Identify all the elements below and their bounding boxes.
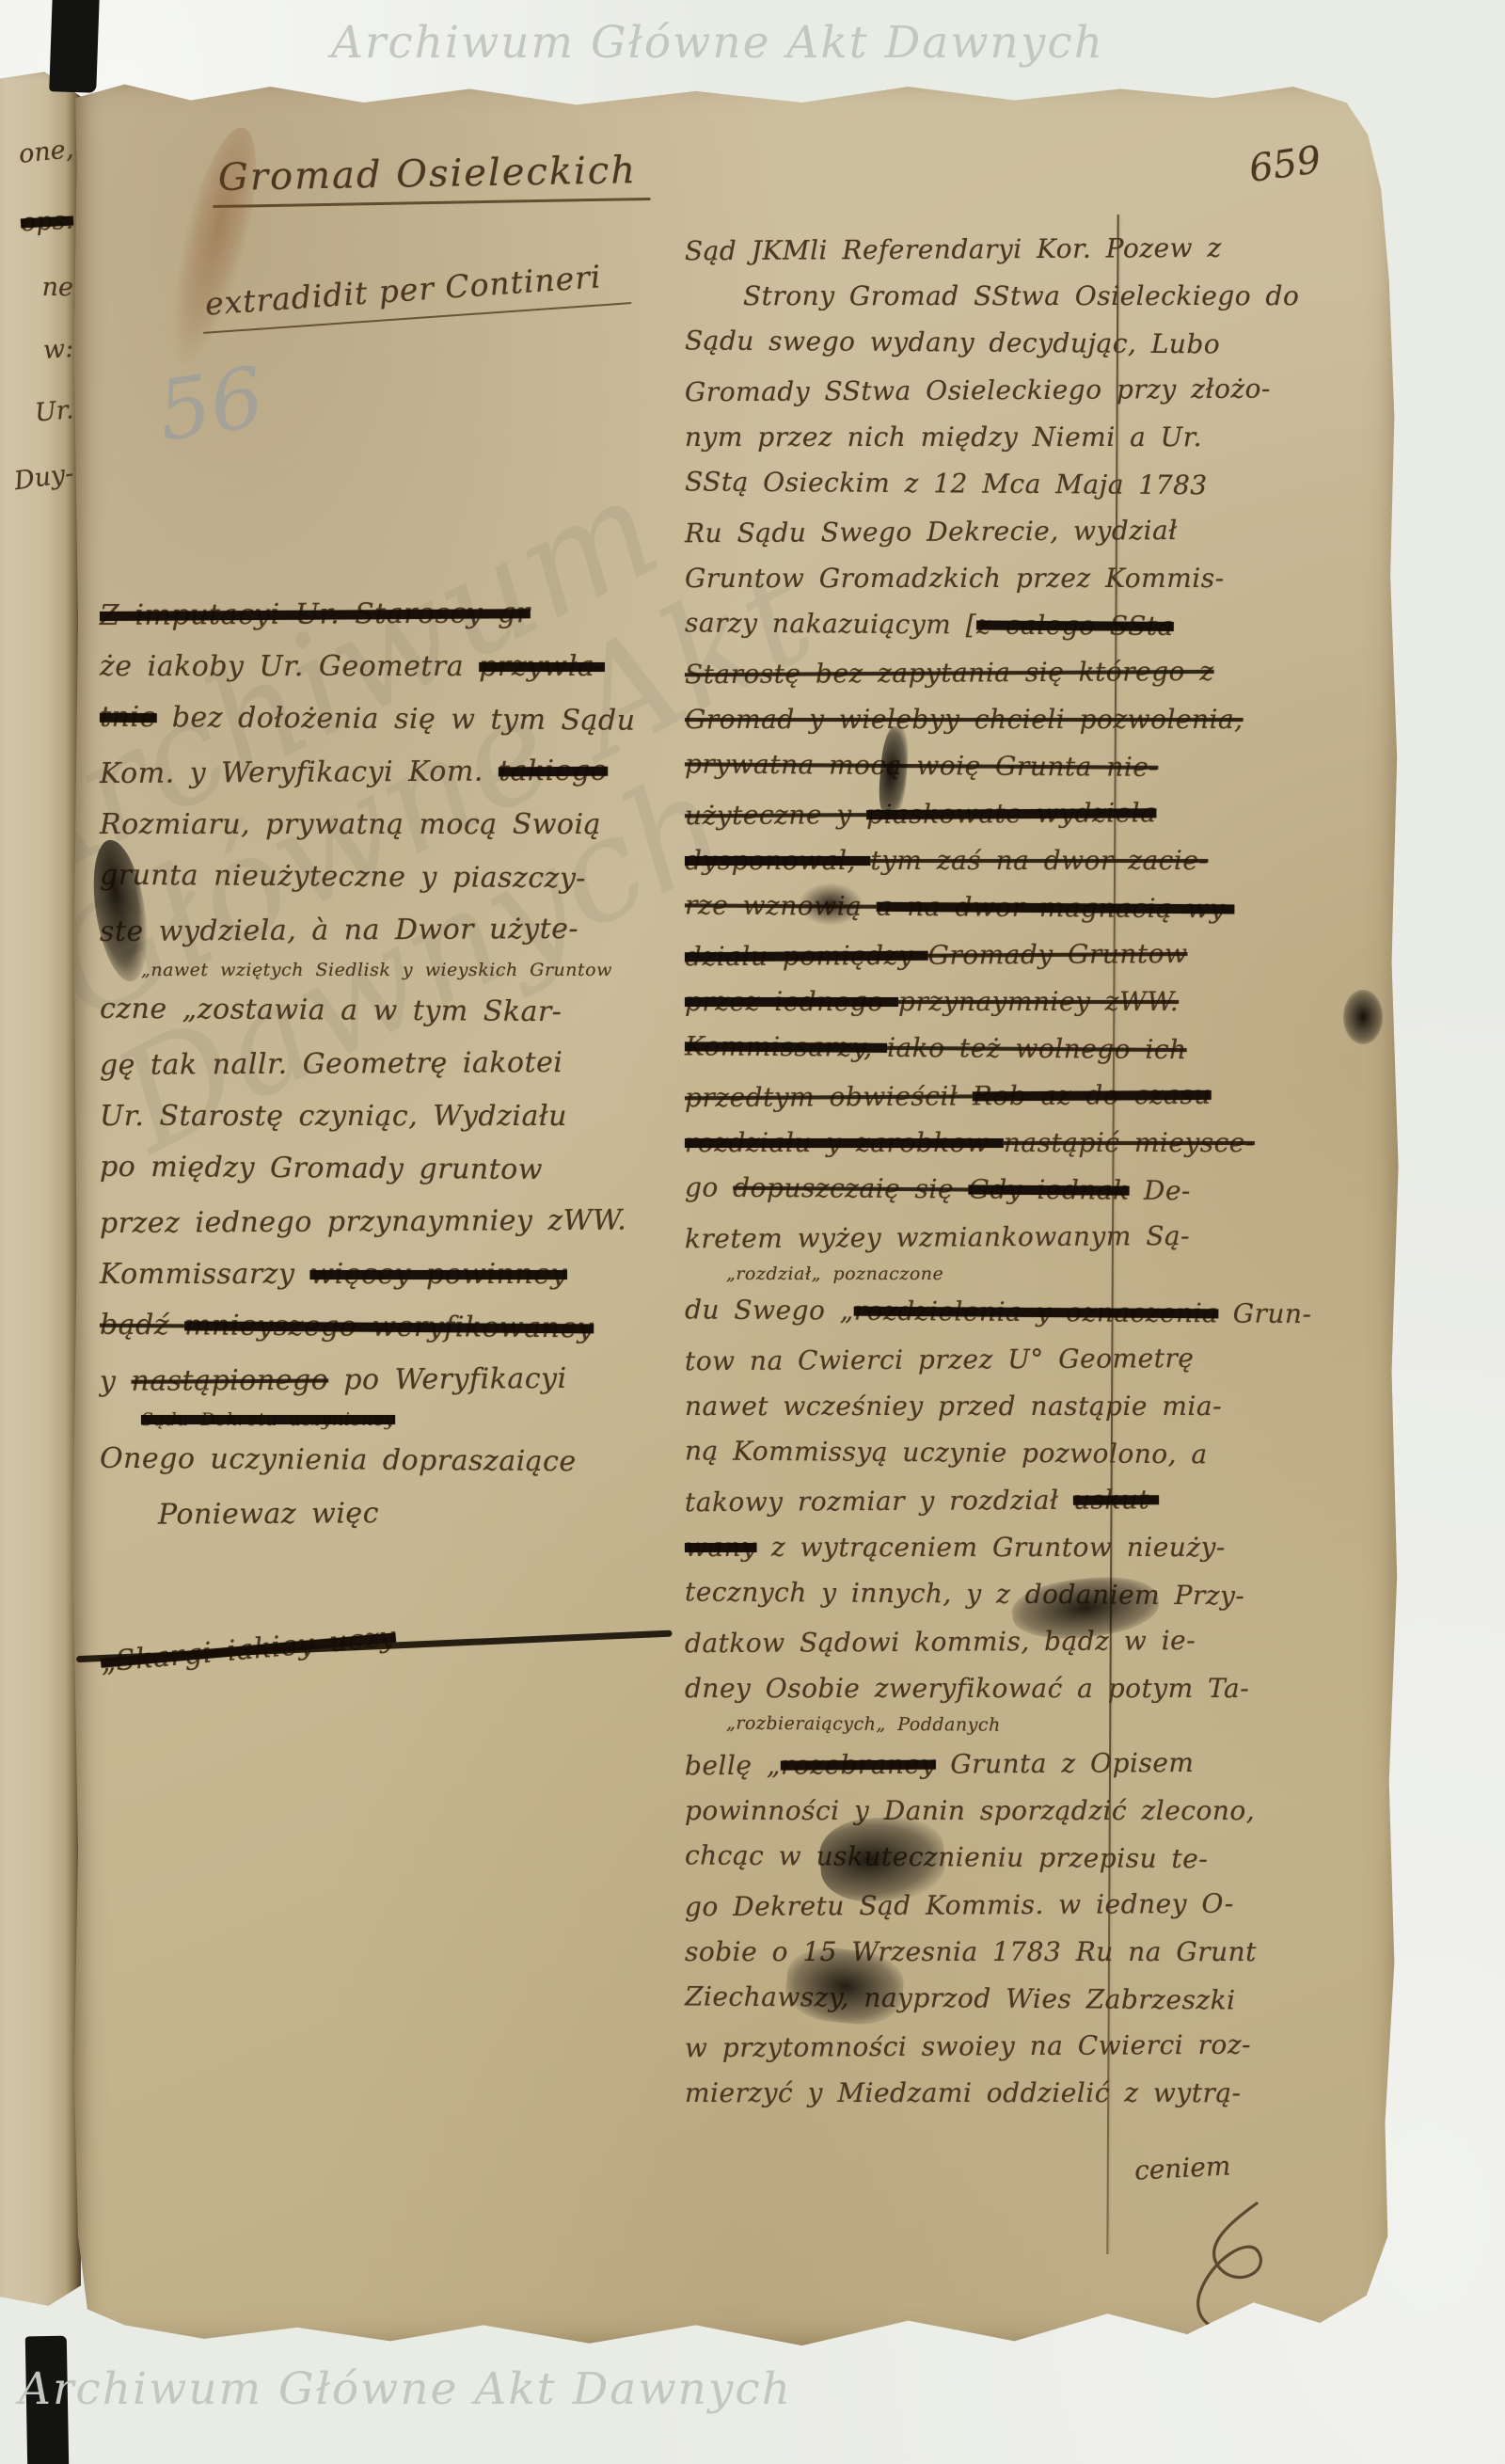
manuscript-line: Z imputacyi Ur. Staroscy gr	[100, 586, 721, 643]
text-segment: dysponował,	[685, 845, 870, 876]
manuscript-line: Gromady SStwa Osieleckiego przy złożo-	[685, 365, 1390, 417]
manuscript-line: powinności y Danin sporządzić zlecono,	[685, 1788, 1390, 1835]
manuscript-line: mierzyć y Miedzami oddzielić z wytrą-	[685, 2070, 1390, 2117]
manuscript-line: „rozbieraiących„ Poddanych	[685, 1709, 1390, 1742]
text-segment: SStą Osieckim z 12 Mca Maja 1783	[685, 466, 1208, 501]
margin-fragment: ops.	[20, 206, 74, 238]
binding-tape-bottom	[25, 2336, 69, 2464]
text-segment: „rozbieraiących„ Poddanych	[726, 1713, 1001, 1736]
manuscript-line: gę tak nallr. Geometrę iakotei	[100, 1036, 721, 1092]
text-segment: grunta nieużyteczne y piaszczy-	[100, 859, 586, 896]
text-segment: przedtym obwieścił	[685, 1080, 973, 1113]
text-segment: „nawet wziętych Siedlisk y wieyskich Gru…	[141, 960, 612, 980]
text-segment: Ziechawszy, nayprzod Wies Zabrzeszki	[685, 1980, 1236, 2015]
text-segment: Starostę bez zapytania się którego z	[685, 656, 1214, 690]
text-segment: Rob az do czasu	[973, 1079, 1212, 1112]
text-segment: Sąd JKMli Referendaryi Kor. Pozew z	[685, 232, 1222, 266]
text-segment: Grun-	[1218, 1297, 1311, 1329]
page-subtitle: extradidit per Contineri	[200, 256, 632, 334]
text-segment: du Swego „	[685, 1294, 854, 1326]
text-segment: ops.	[20, 206, 74, 238]
manuscript-line: bellę „rozebraney Grunta z Opisem	[685, 1739, 1390, 1790]
text-segment: tecznych y innych, y z dodaniem Przy-	[685, 1576, 1245, 1611]
manuscript-line: przez iednego przynaymniey zWW.	[685, 978, 1390, 1025]
manuscript-line: tow na Cwierci przez U° Geometrę	[685, 1334, 1390, 1386]
text-segment: chcąc w uskutecznieniu przepisu te-	[685, 1839, 1208, 1874]
manuscript-line: „nawet wziętych Siedlisk y wieyskich Gru…	[100, 957, 721, 985]
manuscript-line: Kommissarzy, iako też wolnego ich	[685, 1023, 1390, 1074]
manuscript-line: dysponował, tym zaś na dwor zacie-	[685, 837, 1390, 884]
manuscript-line: sobie o 15 Wrzesnia 1783 Ru na Grunt	[685, 1929, 1390, 1976]
manuscript-line: y nastąpionego po Weryfikacyi	[100, 1352, 721, 1408]
text-segment: Kommissarzy,	[685, 1030, 887, 1063]
manuscript-line: SStą Osieckim z 12 Mca Maja 1783	[685, 458, 1390, 510]
text-segment: mierzyć y Miedzami oddzielić z wytrą-	[685, 2077, 1242, 2108]
manuscript-line: Ur. Starostę czyniąc, Wydziału	[100, 1090, 721, 1143]
text-segment: Sądu swego wydany decydując, Lubo	[685, 325, 1220, 359]
manuscript-line: prywatna mocą woię Grunta nie-	[685, 740, 1390, 792]
text-segment: De-	[1129, 1175, 1191, 1206]
text-segment: Grunta z Opisem	[936, 1747, 1195, 1780]
manuscript-line: Ziechawszy, nayprzod Wies Zabrzeszki	[685, 1973, 1390, 2025]
manuscript-line: Rozmiaru, prywatną mocą Swoią	[100, 799, 721, 851]
catchword: ceniem	[1133, 2150, 1231, 2186]
text-segment: przywła-	[479, 650, 605, 683]
manuscript-line: Kommissarzy więcey powinney	[100, 1248, 721, 1301]
binding-tape-top	[49, 0, 100, 93]
text-segment: Ur.	[33, 395, 74, 427]
text-segment: ste wydziela, à na Dwor użyte-	[100, 913, 578, 948]
text-segment: powinności y Danin sporządzić zlecono,	[685, 1795, 1255, 1826]
text-segment: Gromady SStwa Osieleckiego przy złożo-	[685, 373, 1271, 407]
text-segment: mnieyszego weryfikowaney	[184, 1309, 594, 1344]
manuscript-line: przedtym obwieścił Rob az do czasu	[685, 1071, 1390, 1122]
text-segment: użyteczne y	[685, 799, 866, 831]
text-segment: nastąpić mieysce-	[1004, 1127, 1255, 1158]
manuscript-line: tecznych y innych, y z dodaniem Przy-	[685, 1568, 1390, 1620]
manuscript-line: rozdziału y zarobkow nastąpić mieysce-	[685, 1120, 1390, 1167]
page-heading: Gromad Osieleckich	[213, 149, 651, 208]
text-segment: przez iednego przynaymniey zWW.	[100, 1204, 626, 1240]
text-segment: kretem wyżey wzmiankowanym Są-	[685, 1220, 1190, 1254]
manuscript-line: datkow Sądowi kommis, bądz w ie-	[685, 1616, 1390, 1668]
text-segment: wany	[685, 1532, 757, 1563]
scan-background: one,ops.new:Ur.Duy- Archiwum Główne Akt …	[0, 0, 1505, 2464]
adjacent-page-edge: one,ops.new:Ur.Duy-	[0, 70, 81, 2313]
text-segment: ne	[42, 273, 73, 302]
manuscript-line: po między Gromady gruntow	[100, 1141, 721, 1199]
text-segment: takowy rozmiar y rozdział	[685, 1485, 1073, 1518]
text-segment: Ur. Starostę czyniąc, Wydziału	[100, 1100, 567, 1133]
right-text-column: Sąd JKMli Referendaryi Kor. Pozew zStron…	[685, 226, 1390, 2117]
text-segment: dney Osobie zweryfikować a potym Ta-	[685, 1673, 1249, 1704]
text-segment: nastąpionego	[131, 1364, 328, 1398]
text-segment: w:	[42, 334, 74, 365]
manuscript-line: w przytomności swoiey na Cwierci roz-	[685, 2021, 1390, 2073]
page-number: 659	[1246, 138, 1323, 191]
text-segment: nawet wcześniey przed nastąpie mia-	[685, 1391, 1222, 1422]
manuscript-line: Gruntow Gromadzkich przez Kommis-	[685, 555, 1390, 602]
manuscript-page: Archiwum Główne Akt Dawnych Gromad Osiel…	[71, 75, 1400, 2350]
text-segment: Kommissarzy	[100, 1258, 309, 1291]
text-segment: przynaymniey zWW.	[898, 986, 1179, 1017]
text-segment: po Weryfikacyi	[328, 1362, 567, 1397]
manuscript-line: „rozdział„ poznaczone	[685, 1261, 1390, 1289]
text-segment: prywatna mocą	[685, 748, 917, 781]
manuscript-line: przez iednego przynaymniey zWW.	[100, 1194, 721, 1250]
manuscript-line: sarzy nakazuiącym [z całego SSta	[685, 599, 1390, 651]
text-segment: Z imputacyi Ur. Staroscy gr	[100, 596, 531, 632]
text-segment: takiego	[499, 755, 608, 788]
text-segment: Kom. y Weryfikacyi Kom.	[100, 755, 499, 790]
manuscript-line: czne „zostawia a w tym Skar-	[100, 983, 721, 1041]
manuscript-line: rze wznowią a na dwor magnacią wy-	[685, 882, 1390, 933]
flourish-mark	[1146, 2194, 1287, 2354]
manuscript-line: ste wydziela, à na Dwor użyte-	[100, 902, 721, 959]
text-segment: Poniewaz więc	[158, 1497, 379, 1531]
text-segment: ną Kommissyą uczynie pozwolono, a	[685, 1435, 1208, 1470]
text-segment: woię Grunta nie-	[916, 750, 1158, 783]
margin-fragment: ne	[42, 273, 73, 302]
margin-fragment: Ur.	[33, 395, 74, 427]
manuscript-line: nawet wcześniey przed nastąpie mia-	[685, 1383, 1390, 1430]
text-segment: Sądu Dekretu uczynioney	[141, 1409, 395, 1430]
text-segment: Gromady Gruntow	[927, 938, 1187, 971]
text-segment: Gromad y wielebyy chcieli pozwolenia,	[685, 704, 1244, 735]
manuscript-line: Kom. y Weryfikacyi Kom. takiego	[100, 744, 721, 801]
manuscript-line: Ru Sądu Swego Dekrecie, wydział	[685, 506, 1390, 558]
text-segment: czne „zostawia a w tym Skar-	[100, 993, 562, 1028]
text-segment: dopuszczaię się	[733, 1172, 968, 1205]
manuscript-line: Sądu Dekretu uczynioney	[100, 1407, 721, 1435]
manuscript-line: Poniewaz więc	[100, 1486, 721, 1542]
text-segment: iako też wolnego ich	[887, 1032, 1187, 1065]
manuscript-line: Sądu swego wydany decydując, Lubo	[685, 317, 1390, 369]
manuscript-line: go dopuszczaię się Gdy iednak De-	[685, 1164, 1390, 1216]
text-segment: działu pomiędzy	[685, 940, 928, 973]
manuscript-line: Gromad y wielebyy chcieli pozwolenia,	[685, 696, 1390, 743]
text-segment: go Dekretu Sąd Kommis. w iedney O-	[685, 1888, 1234, 1923]
text-segment: a na dwor magnacią wy-	[877, 891, 1235, 925]
text-segment: przez iednego	[685, 986, 898, 1017]
manuscript-line: że iakoby Ur. Geometra przywła-	[100, 641, 721, 693]
manuscript-line: Onego uczynienia dopraszaiące	[100, 1433, 721, 1490]
manuscript-line: Starostę bez zapytania się którego z	[685, 647, 1390, 699]
archive-watermark-bottom: Archiwum Główne Akt Dawnych	[19, 2363, 792, 2415]
text-segment: że iakoby Ur. Geometra	[100, 650, 479, 683]
text-segment: z wytrąceniem Gruntow nieuży-	[757, 1532, 1226, 1563]
manuscript-line: grunta nieużyteczne y piaszczy-	[100, 850, 721, 907]
text-segment: tnie	[100, 701, 157, 734]
archive-watermark-top: Archiwum Główne Akt Dawnych	[331, 17, 1104, 69]
text-segment: rze wznowią	[685, 889, 877, 921]
text-segment: y	[100, 1365, 132, 1398]
left-text-column: Z imputacyi Ur. Staroscy grże iakoby Ur.…	[100, 588, 721, 1662]
text-segment: rozebraney	[781, 1749, 936, 1781]
margin-fragment: w:	[42, 334, 74, 365]
manuscript-line: takowy rozmiar y rozdział uskut-	[685, 1475, 1390, 1527]
manuscript-line: chcąc w uskutecznieniu przepisu te-	[685, 1832, 1390, 1884]
text-segment: nym przez nich między Niemi a Ur.	[685, 421, 1202, 453]
text-segment: one,	[17, 135, 74, 169]
manuscript-line: Sąd JKMli Referendaryi Kor. Pozew z	[685, 224, 1390, 276]
text-segment: piaskowate wydziela	[866, 797, 1156, 830]
manuscript-line: działu pomiędzy Gromady Gruntow	[685, 930, 1390, 981]
text-segment: z całego SSta	[976, 610, 1174, 642]
text-segment: Ru Sądu Swego Dekrecie, wydział	[685, 515, 1178, 548]
text-segment: Gruntow Gromadzkich przez Kommis-	[685, 563, 1225, 594]
text-segment: gę tak nallr. Geometrę iakotei	[100, 1046, 563, 1082]
text-segment: w przytomności swoiey na Cwierci roz-	[685, 2029, 1251, 2064]
manuscript-line: du Swego „rozdzielenia y oznaczenia Grun…	[685, 1286, 1390, 1338]
text-segment: rozdziału y zarobkow	[685, 1127, 1004, 1158]
text-segment: po między Gromady gruntow	[100, 1151, 543, 1186]
text-segment: Strony Gromad SStwa Osieleckiego do	[743, 280, 1299, 311]
manuscript-line: ną Kommissyą uczynie pozwolono, a	[685, 1427, 1390, 1479]
text-segment: rozdzielenia y oznaczenia	[854, 1296, 1219, 1329]
manuscript-line: go Dekretu Sąd Kommis. w iedney O-	[685, 1880, 1390, 1931]
manuscript-line: bądź mnieyszego weryfikowaney	[100, 1299, 721, 1357]
text-segment: bez dołożenia się w tym Sądu	[157, 701, 636, 738]
text-segment: uskut-	[1073, 1484, 1159, 1516]
manuscript-line: wany z wytrąceniem Gruntow nieuży-	[685, 1524, 1390, 1571]
text-segment: bądź	[100, 1309, 184, 1343]
margin-fragment: one,	[17, 135, 74, 169]
text-segment: więcey powinney	[309, 1258, 566, 1291]
manuscript-line: dney Osobie zweryfikować a potym Ta-	[685, 1665, 1390, 1712]
text-segment: datkow Sądowi kommis, bądz w ie-	[685, 1625, 1196, 1659]
manuscript-line: nym przez nich między Niemi a Ur.	[685, 414, 1390, 461]
manuscript-line: tnie bez dołożenia się w tym Sądu	[100, 692, 721, 749]
text-segment: „rozdział„ poznaczone	[726, 1264, 943, 1284]
text-segment: tow na Cwierci przez U° Geometrę	[685, 1343, 1195, 1376]
text-segment: bellę „	[685, 1750, 781, 1782]
pencil-number: 56	[151, 348, 271, 460]
text-segment: sobie o 15 Wrzesnia 1783 Ru na Grunt	[685, 1936, 1257, 1967]
manuscript-line: kretem wyżey wzmiankowanym Są-	[685, 1212, 1390, 1264]
text-segment: tym zaś na dwor zacie-	[870, 845, 1208, 876]
manuscript-line: użyteczne y piaskowate wydziela	[685, 788, 1390, 840]
text-segment: „Skargi iakiey uczy	[100, 1620, 398, 1678]
text-segment: Duy-	[12, 459, 75, 497]
text-segment: sarzy nakazuiącym [	[685, 607, 976, 640]
manuscript-line: „Skargi iakiey uczy	[99, 1582, 721, 1689]
text-segment: Onego uczynienia dopraszaiące	[100, 1442, 577, 1479]
text-segment: Gdy iednak	[968, 1173, 1129, 1205]
text-segment: Rozmiaru, prywatną mocą Swoią	[100, 808, 601, 841]
margin-fragment: Duy-	[12, 459, 75, 497]
text-segment: go	[685, 1171, 733, 1202]
manuscript-line: Strony Gromad SStwa Osieleckiego do	[685, 273, 1390, 320]
